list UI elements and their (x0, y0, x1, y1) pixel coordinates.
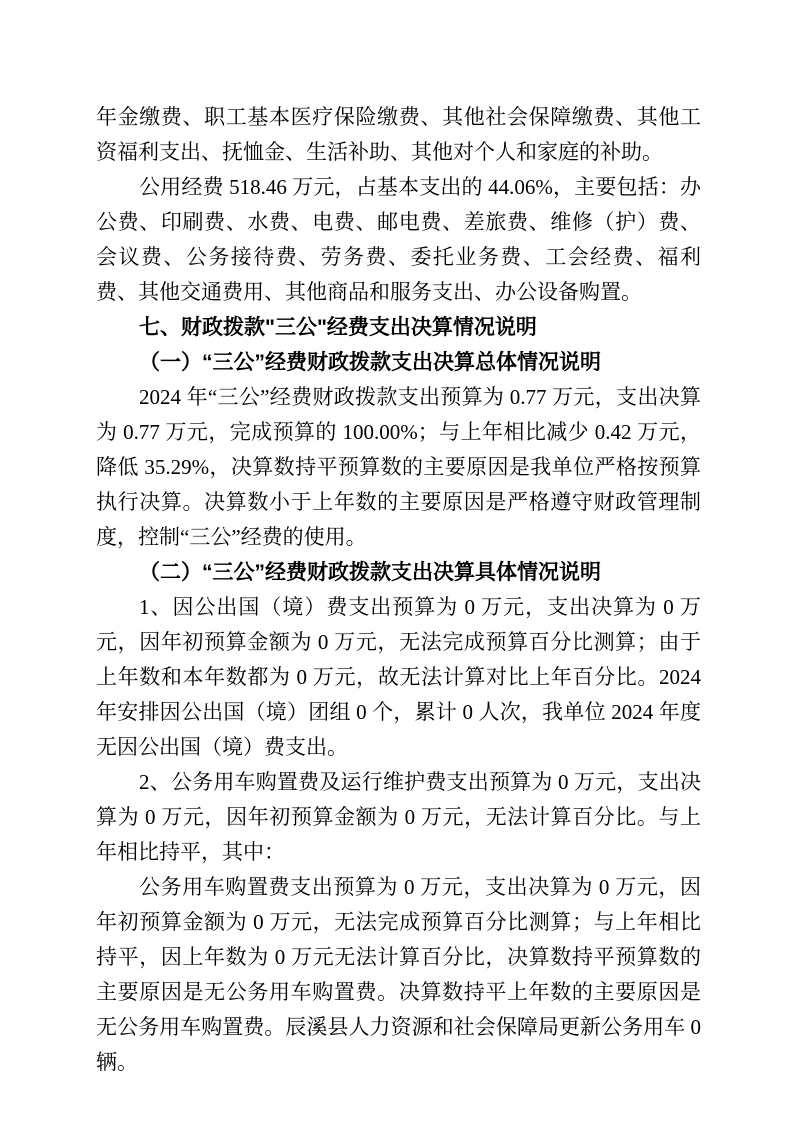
document-page: 年金缴费、职工基本医疗保险缴费、其他社会保障缴费、其他工资福利支出、抚恤金、生活… (0, 0, 793, 1122)
body-paragraph: 公务用车购置费支出预算为 0 万元，支出决算为 0 万元，因年初预算金额为 0 … (96, 870, 701, 1080)
section-heading: （二）“三公”经费财政拨款支出决算具体情况说明 (96, 555, 701, 590)
document-body: 年金缴费、职工基本医疗保险缴费、其他社会保障缴费、其他工资福利支出、抚恤金、生活… (96, 100, 701, 1080)
body-paragraph: 年金缴费、职工基本医疗保险缴费、其他社会保障缴费、其他工资福利支出、抚恤金、生活… (96, 100, 701, 170)
body-paragraph: 2、公务用车购置费及运行维护费支出预算为 0 万元，支出决算为 0 万元，因年初… (96, 765, 701, 870)
body-paragraph: 1、因公出国（境）费支出预算为 0 万元，支出决算为 0 万元，因年初预算金额为… (96, 590, 701, 765)
body-paragraph: 2024 年“三公”经费财政拨款支出预算为 0.77 万元，支出决算为 0.77… (96, 380, 701, 555)
section-heading: （一）“三公”经费财政拨款支出决算总体情况说明 (96, 345, 701, 380)
body-paragraph: 公用经费 518.46 万元，占基本支出的 44.06%，主要包括：办公费、印刷… (96, 170, 701, 310)
section-heading: 七、财政拨款"三公"经费支出决算情况说明 (96, 310, 701, 345)
